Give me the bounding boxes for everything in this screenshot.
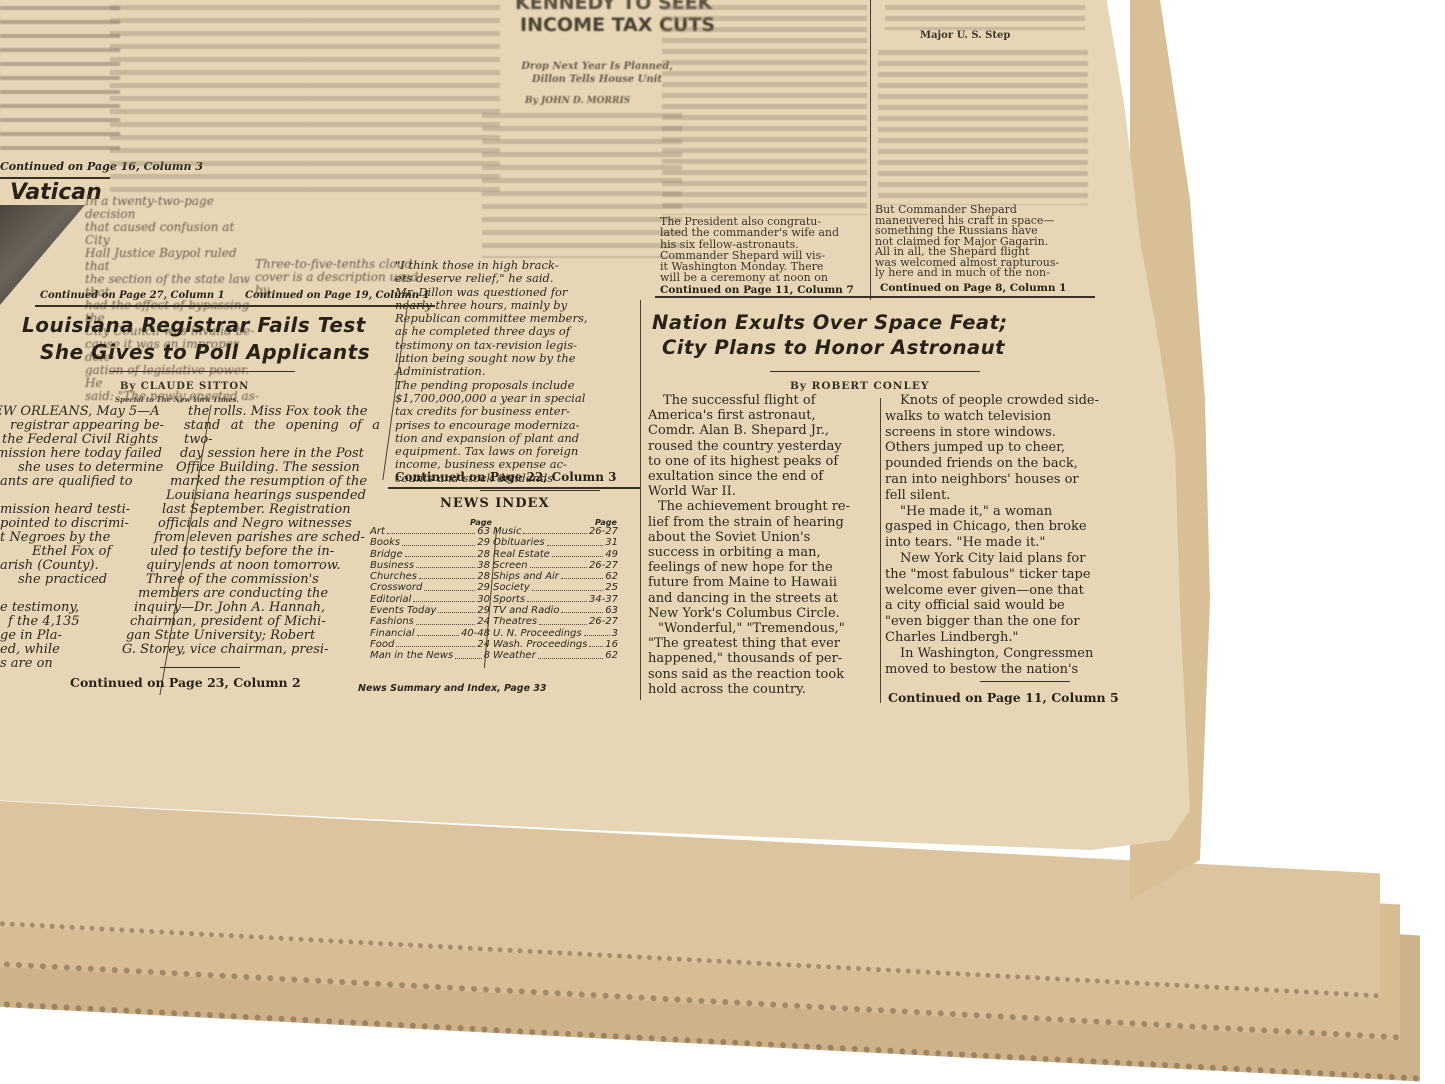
index-page-number: 62 (605, 650, 618, 661)
index-leader-dots (424, 582, 475, 590)
text-line: and dancing in the streets at (648, 591, 880, 606)
index-page-number: 24 (477, 639, 490, 650)
text-line: $1,700,000,000 a year in special (395, 392, 640, 405)
index-section-name: Art (370, 526, 385, 537)
text-line: "The greatest thing that ever (648, 636, 880, 651)
index-page-number: 38 (477, 560, 490, 571)
index-page-number: 63 (605, 605, 618, 616)
divider (160, 667, 240, 668)
text-line: "He made it," a woman (885, 504, 1135, 520)
text-line: about the Soviet Union's (648, 530, 880, 545)
news-index-entry: Wash. Proceedings16 (493, 639, 618, 650)
text-line: The pending proposals include (395, 379, 640, 392)
text-line: pounded friends on the back, (885, 456, 1135, 472)
text-line: Louisiana hearings suspended (120, 489, 380, 503)
index-leader-dots (455, 650, 481, 658)
continued-line: Continued on Page 22, Column 3 (395, 470, 616, 484)
text-line: World War II. (648, 484, 880, 499)
text-line: testimony on tax-revision legis- (395, 339, 640, 352)
news-index-entry: Events Today29 (370, 605, 490, 616)
text-line: officials and Negro witnesses (120, 517, 380, 531)
text-line: prises to encourage moderniza- (395, 419, 640, 432)
text-line: moved to bestow the nation's (885, 662, 1135, 678)
text-line: Administration. (395, 365, 640, 378)
text-line: lief from the strain of hearing (648, 515, 880, 530)
index-page-number: 62 (605, 571, 618, 582)
text-line: lation being sought now by the (395, 352, 640, 365)
text-line: uled to testify before the in- (120, 545, 380, 559)
text-line: In a twenty-two-page decision (85, 195, 260, 221)
continued-line: Continued on Page 8, Column 1 (880, 282, 1066, 294)
index-section-name: Music (493, 526, 521, 537)
text-line: hold across the country. (648, 682, 880, 697)
news-index-entry: U. N. Proceedings3 (493, 628, 618, 639)
news-index-entry: Ships and Air62 (493, 571, 618, 582)
continued-line: Continued on Page 23, Column 2 (70, 675, 301, 690)
text-line: a city official said would be (885, 598, 1135, 614)
text-line: will be a ceremony at noon on (660, 272, 868, 283)
news-index-entry: Food24 (370, 639, 490, 650)
filler-column-text (110, 0, 310, 195)
index-section-name: TV and Radio (493, 605, 559, 616)
index-leader-dots (538, 650, 604, 658)
divider (480, 490, 600, 491)
index-section-name: Man in the News (370, 650, 453, 661)
news-index-entry: Financial40-48 (370, 628, 490, 639)
text-line: Knots of people crowded side- (885, 393, 1135, 409)
news-index-entry: Crossword29 (370, 582, 490, 593)
space-col2: Knots of people crowded side- walks to w… (885, 393, 1135, 677)
index-page-number: 31 (605, 537, 618, 548)
index-section-name: Ships and Air (493, 571, 559, 582)
text-line: Others jumped up to cheer, (885, 440, 1135, 456)
text-line: lated the commander's wife and (660, 227, 868, 238)
text-line: "even bigger than the one for (885, 614, 1135, 630)
column-rule (640, 300, 641, 700)
kennedy-byline: By JOHN D. MORRIS (525, 95, 630, 108)
index-page-number: 3 (612, 628, 618, 639)
text-line: America's first astronaut, (648, 408, 880, 423)
index-leader-dots (532, 582, 604, 590)
text-line: chairman, president of Michi- (120, 615, 380, 629)
index-section-name: Fashions (370, 616, 414, 627)
text-line: tion and expansion of plant and (395, 432, 640, 445)
text-line: success in orbiting a man, (648, 545, 880, 560)
index-leader-dots (396, 639, 475, 647)
text-line: happened," thousands of per- (648, 651, 880, 666)
index-leader-dots (405, 549, 476, 557)
divider (980, 681, 1070, 682)
index-page-number: 34-37 (589, 594, 618, 605)
news-index-entry: Bridge28 (370, 549, 490, 560)
text-line: "Wonderful," "Tremendous," (648, 621, 880, 636)
index-page-number: 25 (605, 582, 618, 593)
index-section-name: Obituaries (493, 537, 545, 548)
text-line: ly here and in much of the non- (875, 268, 1090, 279)
continued-line: Continued on Page 11, Column 7 (660, 284, 854, 296)
filler-column-text (878, 45, 1088, 205)
index-section-name: Bridge (370, 549, 403, 560)
news-index-entry: Weather62 (493, 650, 618, 661)
continued-line: Continued on Page 11, Column 5 (888, 690, 1119, 705)
index-leader-dots (413, 594, 475, 602)
text-line: last September. Registration (120, 503, 380, 517)
index-page-number: 28 (477, 549, 490, 560)
index-section-name: Wash. Proceedings (493, 639, 587, 650)
index-section-name: Crossword (370, 582, 422, 593)
column-rule (880, 398, 881, 703)
text-line: Office Building. The session (120, 461, 380, 475)
index-page-number: 16 (605, 639, 618, 650)
text-line: "I think those in high brack- (395, 259, 640, 272)
text-line: New York City laid plans for (885, 551, 1135, 567)
filler-column-text (0, 0, 120, 160)
index-section-name: Financial (370, 628, 415, 639)
text-line: gan State University; Robert (120, 629, 380, 643)
index-page-number: 49 (605, 549, 618, 560)
index-page-number: 26-27 (589, 616, 618, 627)
index-leader-dots (523, 526, 586, 534)
text-line: quiry ends at noon tomorrow. (120, 559, 380, 573)
text-line: Hall Justice Baypol ruled that (85, 247, 260, 273)
text-line: New York's Columbus Circle. (648, 606, 880, 621)
text-line: welcome ever given—one that (885, 583, 1135, 599)
louisiana-headline-line1: Louisiana Registrar Fails Test (22, 313, 366, 337)
divider (110, 371, 295, 372)
index-section-name: Sports (493, 594, 525, 605)
text-line: s are on (0, 657, 182, 671)
index-leader-dots (527, 594, 587, 602)
index-section-name: Editorial (370, 594, 411, 605)
news-index-entry: Real Estate49 (493, 549, 618, 560)
index-page-number: 29 (477, 537, 490, 548)
text-line: roused the country yesterday (648, 439, 880, 454)
index-section-name: Theatres (493, 616, 537, 627)
news-index-entry: Theatres26-27 (493, 616, 618, 627)
text-line: The successful flight of (648, 393, 880, 408)
index-leader-dots (584, 628, 610, 636)
space-headline-line2: City Plans to Honor Astronaut (662, 336, 1005, 359)
text-line: gasped in Chicago, then broke (885, 519, 1135, 535)
index-leader-dots (589, 639, 603, 647)
text-line: stand at the opening of a two- (120, 419, 380, 447)
space-col1: The successful flight of America's first… (648, 393, 880, 697)
news-index-entry: Fashions24 (370, 616, 490, 627)
index-section-name: Books (370, 537, 400, 548)
louisiana-col2: the rolls. Miss Fox took the stand at th… (120, 405, 380, 657)
text-line: fell silent. (885, 488, 1135, 504)
index-section-name: Weather (493, 650, 536, 661)
news-index-right-column: Music26-27Obituaries31Real Estate49Scree… (493, 526, 618, 662)
text-line: equipment. Tax laws on foreign (395, 445, 640, 458)
index-page-number: 26-27 (589, 526, 618, 537)
index-page-number: 30 (477, 594, 490, 605)
filler-column-text (310, 0, 500, 200)
index-section-name: Churches (370, 571, 417, 582)
news-index-entry: Man in the News8 (370, 650, 490, 661)
kennedy-deck: Drop Next Year Is Planned, Dillon Tells … (512, 60, 682, 86)
index-section-name: Society (493, 582, 530, 593)
news-index-entry: Obituaries31 (493, 537, 618, 548)
divider (770, 371, 980, 372)
index-leader-dots (417, 628, 459, 636)
index-section-name: U. N. Proceedings (493, 628, 582, 639)
filler-column-text (662, 0, 867, 215)
news-index-left-column: Art63Books29Bridge28Business38Churches28… (370, 526, 490, 662)
text-line: nearly three hours, mainly by (395, 299, 640, 312)
text-line: marked the resumption of the (120, 475, 380, 489)
index-leader-dots (416, 560, 475, 568)
news-index-entry: Screen26-27 (493, 560, 618, 571)
index-leader-dots (387, 526, 475, 534)
text-line: ets deserve relief," he said. (395, 272, 640, 285)
text-line: Mr. Dillon was questioned for (395, 286, 640, 299)
text-line: future from Maine to Hawaii (648, 575, 880, 590)
text-line: the rolls. Miss Fox took the (120, 405, 380, 419)
text-line: exultation since the end of (648, 469, 880, 484)
index-leader-dots (530, 560, 587, 568)
news-index-entry: Music26-27 (493, 526, 618, 537)
space-byline: By ROBERT CONLEY (790, 380, 929, 392)
space-headline-line1: Nation Exults Over Space Feat; (652, 311, 1008, 334)
index-section-name: Business (370, 560, 414, 571)
news-index-entry: Editorial30 (370, 594, 490, 605)
index-leader-dots (561, 605, 603, 613)
major-step-subhead: Major U. S. Step (920, 30, 1010, 41)
text-line: the "most fabulous" ticker tape (885, 567, 1135, 583)
text-line: sons said as the reaction took (648, 667, 880, 682)
text-line: to one of its highest peaks of (648, 454, 880, 469)
text-line: Charles Lindbergh." (885, 630, 1135, 646)
index-leader-dots (561, 571, 603, 579)
louisiana-headline-line2: She Gives to Poll Applicants (40, 340, 370, 364)
text-line: In Washington, Congressmen (885, 646, 1135, 662)
text-line: Comdr. Alan B. Shepard Jr., (648, 423, 880, 438)
index-page-number: 29 (477, 582, 490, 593)
text-line: members are conducting the (120, 587, 380, 601)
filler-column-text (885, 0, 1085, 30)
divider (388, 487, 640, 489)
divider (0, 177, 110, 179)
index-page-number: 28 (477, 571, 490, 582)
index-section-name: Events Today (370, 605, 436, 616)
index-leader-dots (419, 571, 475, 579)
text-line: walks to watch television (885, 409, 1135, 425)
text-line: screens in store windows. (885, 425, 1135, 441)
index-leader-dots (552, 549, 603, 557)
news-index-entry: Churches28 (370, 571, 490, 582)
text-line: G. Storey, vice chairman, presi- (120, 643, 380, 657)
text-line: day session here in the Post (120, 447, 380, 461)
louisiana-byline: By CLAUDE SITTON (120, 381, 249, 392)
text-line: The achievement brought re- (648, 499, 880, 514)
index-page-number: 26-27 (589, 560, 618, 571)
index-section-name: Screen (493, 560, 528, 571)
index-leader-dots (438, 605, 475, 613)
index-leader-dots (402, 537, 475, 545)
news-index-entry: Society25 (493, 582, 618, 593)
news-index-entry: Books29 (370, 537, 490, 548)
louisiana-credit: Special to The New York Times. (115, 395, 239, 404)
index-leader-dots (416, 616, 475, 624)
text-line: into tears. "He made it." (885, 535, 1135, 551)
news-index-entry: Art63 (370, 526, 490, 537)
text-line: inquiry—Dr. John A. Hannah, (120, 601, 380, 615)
text-line: as he completed three days of (395, 325, 640, 338)
index-section-name: Real Estate (493, 549, 550, 560)
major-step-story: But Commander Shepard maneuvered his cra… (875, 205, 1090, 279)
index-leader-dots (539, 616, 587, 624)
shepard-washington-story: The President also congratu- lated the c… (660, 216, 868, 284)
filler-column-text (482, 108, 682, 258)
news-index-title: NEWS INDEX (440, 496, 550, 511)
index-page-number: 63 (477, 526, 490, 537)
photo-stage: Continued on Page 16, Column 3 Vatican I… (0, 0, 1445, 1084)
divider (35, 305, 435, 307)
column-rule (870, 0, 871, 300)
news-index-footer: News Summary and Index, Page 33 (358, 683, 547, 694)
news-index-entry: Business38 (370, 560, 490, 571)
text-line: Republican committee members, (395, 312, 640, 325)
index-leader-dots (547, 537, 604, 545)
divider (655, 296, 1095, 298)
news-index-entry: TV and Radio63 (493, 605, 618, 616)
news-index-entry: Sports34-37 (493, 594, 618, 605)
continued-line: Continued on Page 27, Column 1 (40, 290, 225, 301)
kennedy-story-body: "I think those in high brack- ets deserv… (395, 259, 640, 485)
text-line: Three of the commission's (120, 573, 380, 587)
text-line: ran into neighbors' houses or (885, 472, 1135, 488)
text-line: feelings of new hope for the (648, 560, 880, 575)
text-line: tax credits for business enter- (395, 405, 640, 418)
text-line: that caused confusion at City (85, 221, 260, 247)
text-line: from eleven parishes are sched- (120, 531, 380, 545)
index-section-name: Food (370, 639, 394, 650)
